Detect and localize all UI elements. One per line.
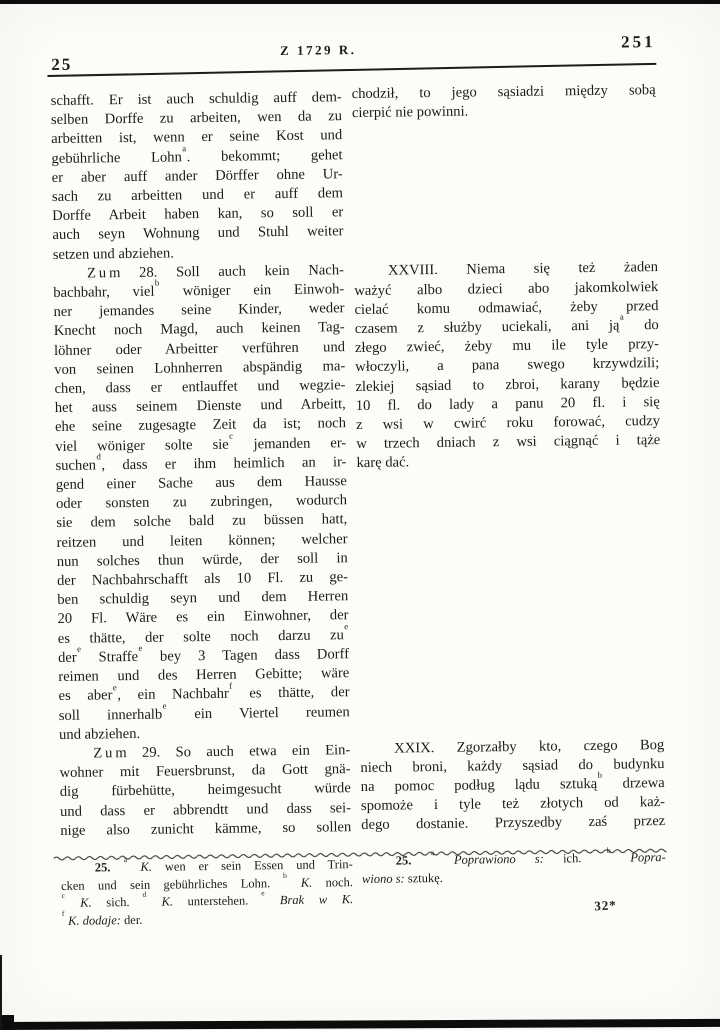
running-title: Z 1729 R. (280, 42, 357, 59)
right-footnote-block: 25. a Poprawiono s: ich. b Popra-wiono s… (362, 849, 666, 888)
text-line: dego dostanie. Przyszedby zaś przez (361, 812, 665, 835)
signature-mark: 32* (594, 897, 617, 914)
scanned-book-page: 25 Z 1729 R. 251 schafft. Er ist auch sc… (0, 0, 720, 1030)
paragraph-block: chodził, to jego sąsiadzi między sobącie… (352, 81, 656, 123)
text-line: karę dać. (356, 451, 660, 474)
scan-artifact-left-edge (0, 955, 2, 1030)
paragraph-block: Z u m 28. Soll auch kein Nach-bachbahr, … (53, 261, 350, 745)
left-page-number: 25 (51, 55, 72, 75)
paragraph-block: XXIX. Zgorzałby kto, czego Bogniech bron… (360, 736, 665, 836)
text-line: nige also zunicht kämme, so sollen (60, 818, 351, 841)
left-footnote-block: 25. a K. wen er sein Essen und Trin-cken… (61, 856, 354, 930)
right-text-column: chodził, to jego sąsiadzi między sobącie… (352, 81, 666, 836)
page-content: 25 Z 1729 R. 251 schafft. Er ist auch sc… (0, 0, 720, 1030)
paragraph-block: Z u m 29. So auch etwa ein Ein-wohner mi… (59, 741, 351, 841)
footnote-line: f K. dodaje: der. (61, 909, 353, 930)
left-text-column: schafft. Er ist auch schuldig auff dem-s… (51, 88, 352, 841)
header-rule (47, 63, 656, 77)
footnote-line: wiono s: sztukę. (362, 867, 666, 888)
right-page-number: 251 (621, 32, 656, 52)
text-line: cierpić nie powinni. (352, 100, 656, 123)
text-line: auch seyn Wohnung und Stuhl weiter (52, 223, 343, 246)
paragraph-block: schafft. Er ist auch schuldig auff dem-s… (51, 88, 344, 265)
text-line: soll innerhalbe ein Viertel reumen (59, 703, 350, 726)
paragraph-block: XXVIII. Niema się też żadenważyć albo dz… (354, 258, 661, 473)
